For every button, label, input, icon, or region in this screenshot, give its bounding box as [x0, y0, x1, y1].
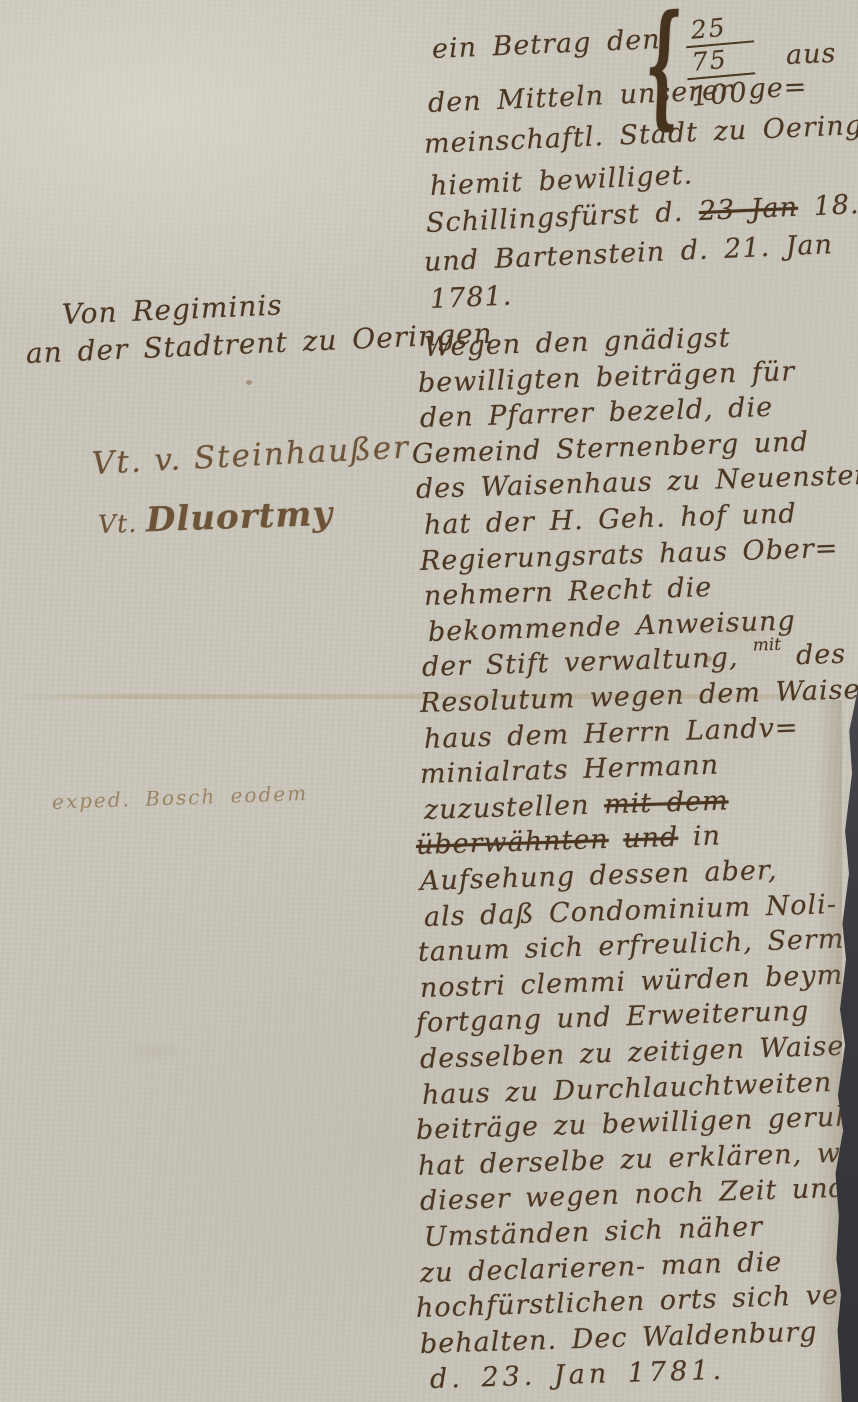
strikethrough-text: 23 Jan	[698, 192, 799, 227]
text-line: zuzustellen mit dem	[424, 785, 730, 826]
signature-dluortmy: Vt. Dluortmy	[97, 494, 333, 542]
text-line: aus	[785, 38, 837, 71]
text-line: den Pfarrer bezeld, die	[420, 392, 774, 434]
text-line: hiemit bewilliget.	[429, 160, 693, 202]
paper-speck	[246, 380, 252, 385]
text-line: 1781.	[429, 280, 513, 315]
text-line: den Mitteln unserer ge=	[427, 71, 808, 119]
text-line: überwähnten und in	[416, 820, 722, 861]
text-line: nehmern Recht die	[424, 572, 713, 612]
text-line: haus dem Herrn Landv=	[424, 712, 799, 755]
margin-address-line-1: Von Regiminis	[61, 288, 283, 331]
strikethrough-text: überwähnten	[416, 824, 610, 861]
manuscript-page: ein Betrag den { 25 75 100 aus den Mitte…	[0, 0, 858, 1402]
strikethrough-text: mit dem	[604, 785, 729, 820]
inserted-word: mit	[752, 635, 781, 656]
text-line: minialrats Hermann	[420, 750, 720, 790]
exped-note: exped. Bosch eodem	[52, 781, 309, 814]
text-line: behalten. Dec Waldenburg	[420, 1317, 819, 1360]
text-line: ein Betrag den	[431, 24, 661, 65]
text-line: Umständen sich näher	[424, 1211, 764, 1253]
fraction-brace: {	[643, 0, 683, 131]
signature-steinhausser: Vt. v. Steinhaußer	[91, 429, 411, 482]
text-line: Aufsehung dessen aber,	[420, 855, 778, 897]
text-line: und Bartenstein d. 21. Jan	[423, 229, 833, 278]
paper-stain	[120, 1040, 190, 1062]
text-line: Regierungsrats haus Ober=	[420, 533, 839, 577]
text-line: hat der H. Geh. hof und	[424, 498, 798, 541]
strikethrough-text: und	[623, 822, 679, 855]
text-line-date: d. 23. Jan 1781.	[430, 1355, 726, 1395]
